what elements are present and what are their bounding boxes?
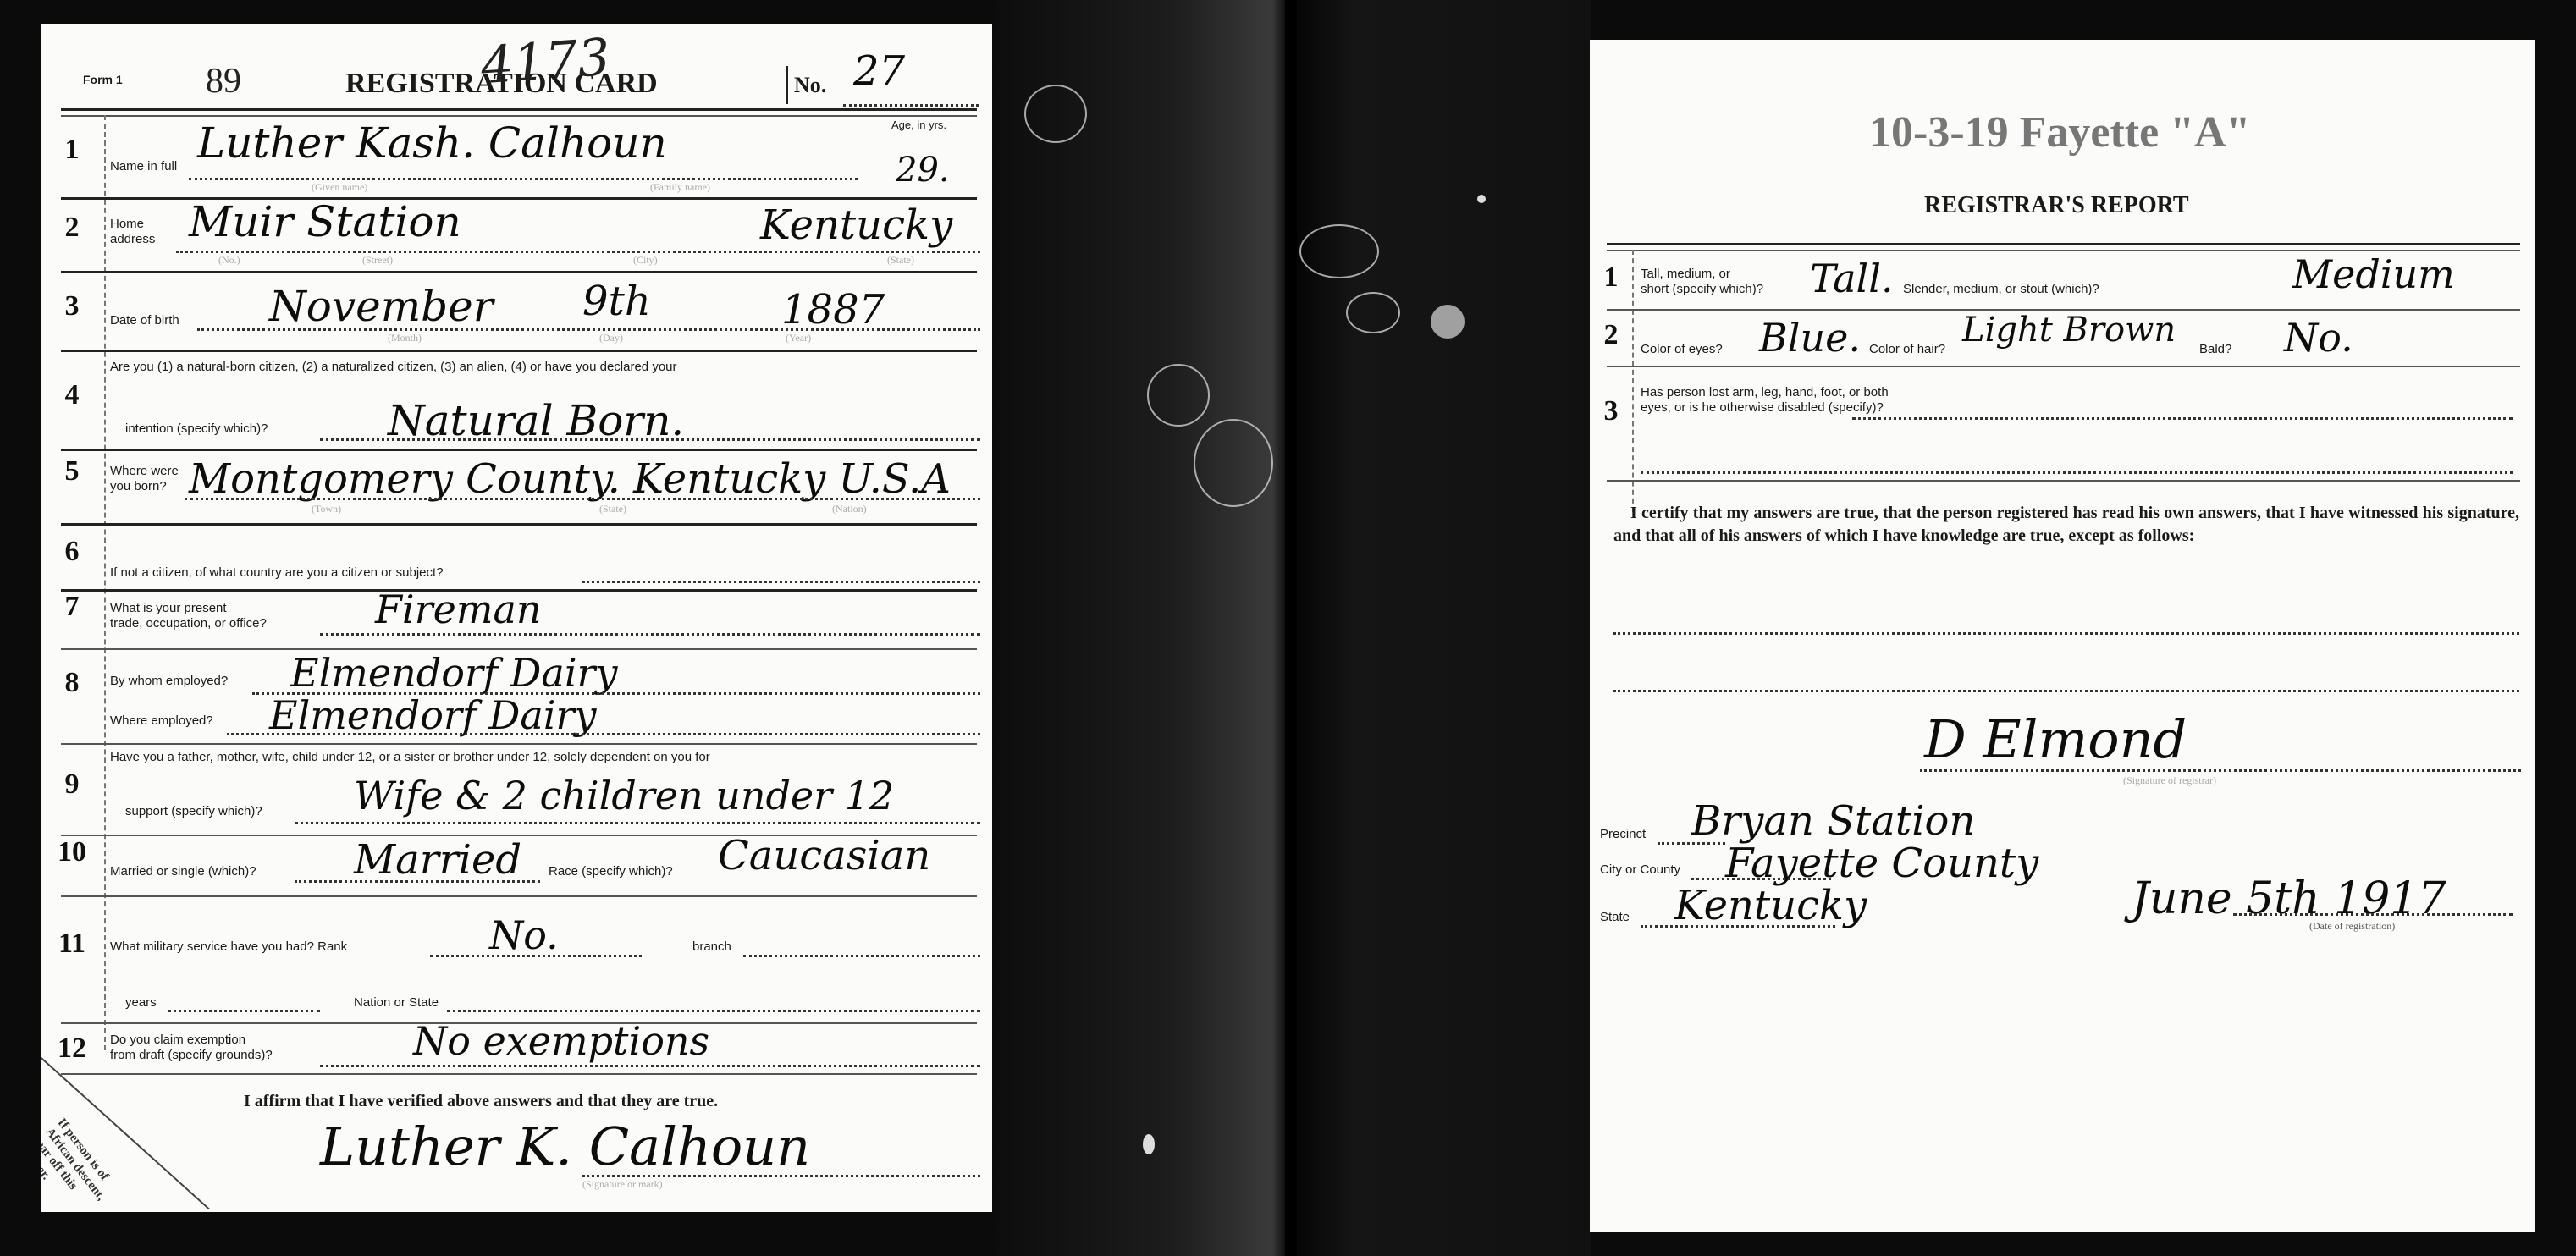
sublabel: (Town) [312,503,341,515]
dotted-line [1691,878,1831,880]
build-value: Medium [2292,251,2455,297]
rule [61,108,977,111]
dotted-line [843,104,979,107]
dotted-line [1613,690,2519,692]
affirm-text: I affirm that I have verified above answ… [244,1092,718,1111]
state-value: Kentucky [1674,882,1867,929]
row-number: 1 [51,134,93,166]
registrar-report-card: 10-3-19 Fayette "A" REGISTRAR'S REPORT 1… [1590,40,2535,1232]
years-label: years [125,995,157,1010]
film-artifact [1299,224,1379,278]
marital-label: Married or single (which)? [110,864,256,879]
occupation-label: What is your present [110,601,227,615]
military-label: What military service have you had? Rank [110,939,347,954]
foreign-citizen-label: If not a citizen, of what country are yo… [110,565,444,580]
row-number: 11 [51,928,93,960]
film-artifact [1024,85,1087,143]
dotted-line [743,955,980,957]
rule [61,743,977,745]
sublabel: (Given name) [312,181,367,194]
row-number: 2 [51,212,93,244]
certify-text: I certify that my answers are true, that… [1613,502,2519,548]
sublabel: (Family name) [650,181,710,194]
dotted-line [320,438,980,441]
row-number: 3 [51,290,93,322]
height-label: Tall, medium, or [1641,267,1730,281]
rule [61,449,977,451]
dependents-value: Wife & 2 children under 12 [354,773,894,818]
address-state-value: Kentucky [760,201,952,249]
sublabel: (State) [599,503,626,515]
film-artifact [1477,195,1486,203]
stamp: 10-3-19 Fayette "A" [1869,107,2250,157]
name-value: Luther Kash. Calhoun [197,118,667,168]
height-label-2: short (specify which)? [1641,282,1763,296]
dotted-line [189,178,858,180]
rule [61,523,977,526]
dotted-line [430,955,642,957]
sublabel: (State) [887,254,914,267]
signature-label: (Signature or mark) [582,1178,663,1191]
row-number: 2 [1590,319,1632,351]
state-label: State [1600,910,1630,924]
dotted-line [582,581,980,583]
sublabel: (No.) [218,254,240,267]
bald-label: Bald? [2199,342,2231,356]
film-artifact [1346,292,1400,333]
dob-day: 9th [582,278,651,325]
sublabel: (Year) [786,332,811,344]
dotted-line [227,733,980,735]
film-background-right [1295,0,1591,1256]
form-label: Form 1 [83,73,123,86]
rule [61,350,977,352]
row-number: 7 [51,591,93,623]
dependents-label: support (specify which)? [125,804,262,818]
employer-label: By whom employed? [110,674,228,688]
dotted-line [320,633,980,636]
dotted-line [185,498,980,500]
row-number: 5 [51,455,93,488]
dotted-line [168,1010,320,1012]
row-number: 3 [1590,395,1632,427]
dotted-line [1852,417,2513,420]
home-label: Home [110,217,144,231]
registration-card: Form 1 89 REGISTRATION CARD 4173 No. 27 … [41,24,992,1212]
rule [61,115,977,117]
dotted-line [1658,842,1725,845]
serial-no-value: 27 [853,47,905,95]
registrant-signature: Luther K. Calhoun [320,1116,810,1177]
precinct-label: Precinct [1600,827,1646,841]
dotted-line [2233,913,2513,916]
citizenship-label: intention (specify which)? [125,421,268,436]
sublabel: (Day) [599,332,623,344]
dob-year: 1887 [781,286,885,333]
race-value: Caucasian [718,832,930,879]
dotted-line [1641,925,1835,928]
dotted-line [582,1175,980,1177]
rule [1607,480,2520,482]
employer-location-label: Where employed? [110,713,213,728]
exemption-label: Do you claim exemption [110,1033,245,1047]
birthplace-value: Montgomery County. Kentucky U.S.A [189,455,951,503]
dotted-line [1641,471,2513,474]
military-rank-value: No. [489,912,559,958]
eye-color-value: Blue. [1759,315,1861,361]
row-number: 1 [1590,262,1632,294]
occupation-label-2: trade, occupation, or office? [110,616,267,631]
dotted-line [295,822,980,824]
dotted-line [320,1065,980,1067]
exemption-value: No exemptions [413,1018,709,1064]
film-background-left [995,0,1287,1256]
title-overwrite-number: 4173 [479,28,612,96]
film-spine [1285,0,1297,1256]
dotted-line [1920,769,2521,772]
report-title: REGISTRAR'S REPORT [1924,192,2189,219]
registrar-signature: D Elmond [1924,708,2187,770]
age-value: 29. [896,151,950,190]
row-number: 8 [51,667,93,699]
sublabel: (Nation) [832,503,867,515]
registration-date-label: (Date of registration) [2309,920,2395,933]
dotted-line [176,251,980,253]
occupation-value: Fireman [375,587,542,632]
divider [786,66,788,104]
tear-off-corner: If person is of African descent, tear of… [41,1056,210,1209]
dob-label: Date of birth [110,313,179,328]
dotted-line [295,880,540,883]
birthplace-label-2: you born? [110,479,167,493]
column-divider [1632,250,1634,512]
race-label: Race (specify which)? [549,864,673,879]
hair-color-label: Color of hair? [1869,342,1945,356]
disability-label: Has person lost arm, leg, hand, foot, or… [1641,385,1889,399]
film-artifact [1147,364,1210,427]
eye-color-label: Color of eyes? [1641,342,1723,356]
row-number: 4 [51,379,93,411]
branch-label: branch [692,939,731,954]
row-number: 9 [51,768,93,801]
row-number: 10 [51,836,93,868]
hair-color-value: Light Brown [1962,311,2176,350]
form-number: 89 [206,61,241,102]
film-artifact [1431,305,1465,339]
rule [1607,243,2520,245]
serial-no-label: No. [794,73,826,98]
disability-label-2: eyes, or is he otherwise disabled (speci… [1641,400,1884,415]
build-label: Slender, medium, or stout (which)? [1903,282,2099,296]
rule [61,895,977,897]
birthplace-label: Where were [110,464,179,478]
precinct-value: Bryan Station [1691,797,1975,845]
film-artifact [1194,419,1273,507]
name-label: Name in full [110,159,177,174]
employer-location-value: Elmendorf Dairy [269,692,597,738]
marital-value: Married [354,836,521,884]
sublabel: (Month) [388,332,422,344]
column-divider [104,115,106,1050]
dotted-line [197,328,980,331]
row-number: 6 [51,536,93,568]
corner-note: If person is of African descent, tear of… [41,1116,120,1209]
rule [61,271,977,273]
citizenship-question: Are you (1) a natural-born citizen, (2) … [110,360,677,374]
sublabel: (Street) [362,254,393,267]
dotted-line [447,1010,980,1012]
age-label: Age, in yrs. [891,118,946,131]
employer-value: Elmendorf Dairy [290,650,618,696]
nation-label: Nation or State [354,995,439,1010]
dob-month: November [269,282,494,331]
city-county-label: City or County [1600,862,1680,877]
registrar-signature-label: (Signature of registrar) [2123,774,2216,787]
registration-date-value: June 5th 1917 [2132,873,2446,924]
dotted-line [1613,632,2519,635]
rule [1607,366,2520,367]
bald-value: No. [2284,315,2353,361]
address-value: Muir Station [189,197,461,246]
sublabel: (City) [633,254,658,267]
address-label: address [110,232,155,246]
dependents-question: Have you a father, mother, wife, child u… [110,750,710,764]
height-value: Tall. [1810,256,1894,301]
film-artifact [1143,1134,1155,1154]
